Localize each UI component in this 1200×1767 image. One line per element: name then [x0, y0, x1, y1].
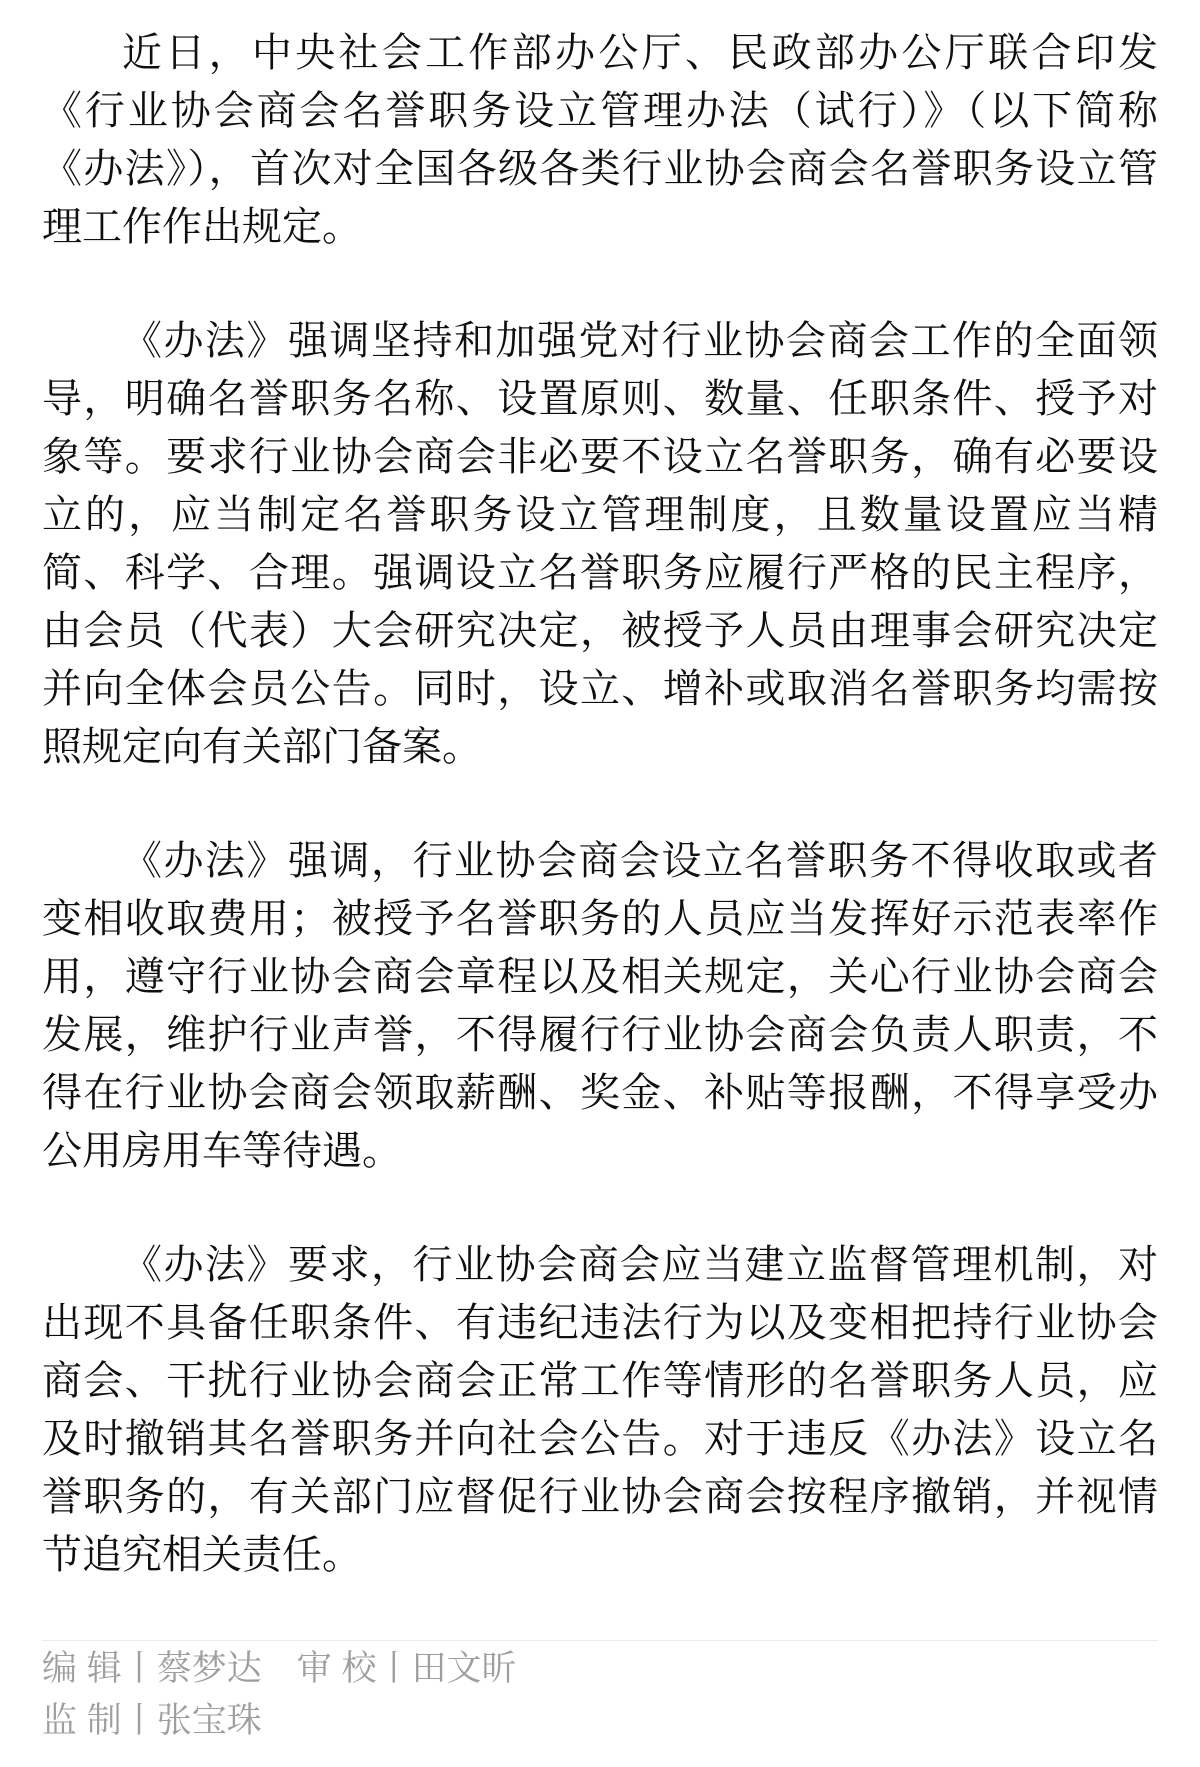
supervisor-credits-line: 监 制丨张宝珠: [42, 1695, 1158, 1747]
article-paragraph-2: 《办法》强调坚持和加强党对行业协会商会工作的全面领导，明确名誉职务名称、设置原则…: [42, 312, 1158, 776]
article-page: 近日，中央社会工作部办公厅、民政部办公厅联合印发《行业协会商会名誉职务设立管理办…: [0, 0, 1200, 1767]
article-paragraph-3: 《办法》强调，行业协会商会设立名誉职务不得收取或者变相收取费用；被授予名誉职务的…: [42, 832, 1158, 1180]
article-body: 近日，中央社会工作部办公厅、民政部办公厅联合印发《行业协会商会名誉职务设立管理办…: [42, 24, 1158, 1584]
editor-credits-line: 编 辑丨蔡梦达 审 校丨田文昕: [42, 1643, 1158, 1695]
editorial-footer: 编 辑丨蔡梦达 审 校丨田文昕 监 制丨张宝珠: [42, 1640, 1158, 1747]
article-paragraph-1: 近日，中央社会工作部办公厅、民政部办公厅联合印发《行业协会商会名誉职务设立管理办…: [42, 24, 1158, 256]
article-paragraph-4: 《办法》要求，行业协会商会应当建立监督管理机制，对出现不具备任职条件、有违纪违法…: [42, 1236, 1158, 1584]
